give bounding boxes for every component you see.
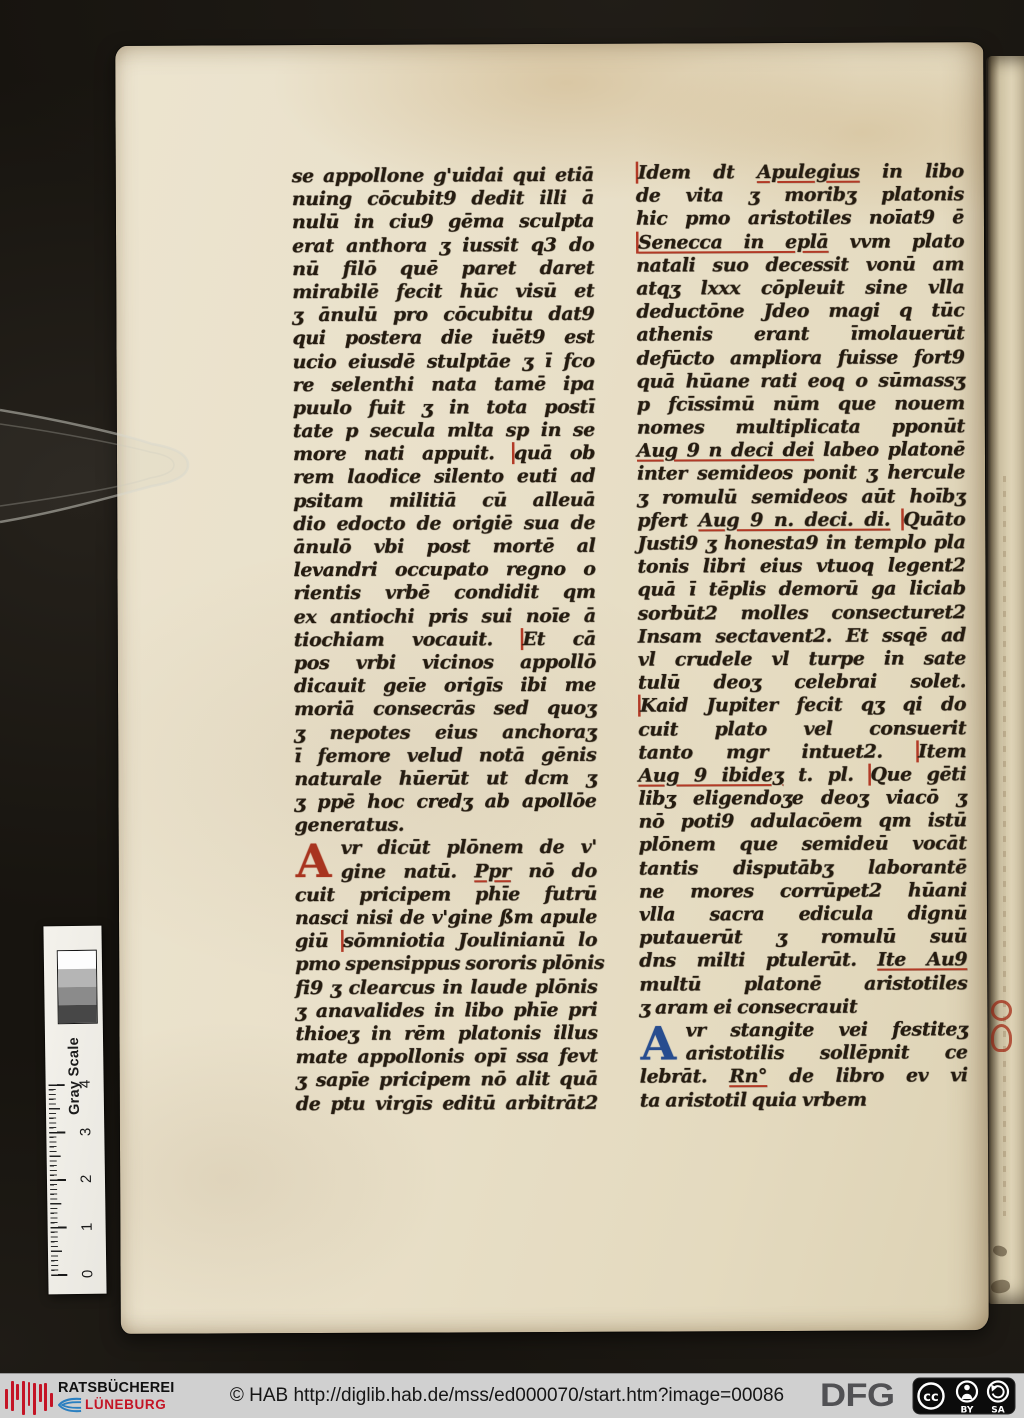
page-holder-clamp — [0, 392, 210, 536]
manuscript-line: plōnem que semideū vocāt — [639, 833, 967, 858]
manuscript-line: rem laodice silento euti ad — [293, 465, 595, 490]
library-name-line2: LÜNEBURG — [85, 1397, 166, 1413]
gray-scale-ruler: Gray Scale 4 3 2 1 0 — [43, 926, 106, 1295]
svg-text:BY: BY — [961, 1406, 974, 1416]
ruler-unit-ticks — [49, 1084, 68, 1276]
manuscript-line: ʒ nepotes eius anchoraʒ — [294, 720, 596, 745]
manuscript-line: tantis disputābʒ laborantē — [639, 856, 967, 881]
manuscript-line: lebrāt. Rn° de libro ev vi — [640, 1065, 968, 1090]
manuscript-line: athenis erant īmolauerūt — [636, 323, 964, 348]
luneburg-library-logo: RATSBÜCHEREI LÜNEBURG — [4, 1376, 175, 1416]
library-name: RATSBÜCHEREI LÜNEBURG — [58, 1380, 175, 1413]
svg-text:SA: SA — [991, 1406, 1004, 1416]
manuscript-line: ʒ ppē hoc credʒ ab apollōe — [294, 790, 596, 815]
facing-page-red-ornament — [991, 1024, 1012, 1052]
ruler-number: 0 — [79, 1265, 95, 1283]
manuscript-line: nū filō quē paret daret — [292, 257, 594, 282]
manuscript-line: psitam militiā cū alleuā — [293, 488, 595, 513]
ruler-number: 1 — [79, 1217, 95, 1235]
manuscript-line: Idem dt Apulegius in libo — [636, 160, 964, 185]
manuscript-line: ānulō vbi post mortē al — [293, 535, 595, 560]
manuscript-line: ʒ romulū semideos aūt hoībʒ — [637, 485, 965, 510]
manuscript-line: Kaid Jupiter fecit qʒ qi do — [638, 694, 966, 719]
facing-page-ink-mark — [990, 1278, 1011, 1294]
manuscript-line: re selenthi nata tamē ipa — [293, 372, 595, 397]
manuscript-line: libʒ eligendoʒe deoʒ viacō ʒ — [638, 786, 966, 811]
manuscript-line: natali suo decessit vonū am — [636, 253, 964, 278]
manuscript-line: cuit plato vel consuerit — [638, 717, 966, 742]
manuscript-line: Senecca in eplā vvm plato — [636, 230, 964, 255]
manuscript-line: ʒ ānulū pro cōcubitu dat9 — [292, 303, 594, 328]
manuscript-line: mirabilē fecit hūc visū et — [292, 280, 594, 305]
manuscript-line: pos vrbi vicinos appollō — [294, 651, 596, 676]
manuscript-line: nomes multiplicata pponūt — [637, 415, 965, 440]
manuscript-line: naturale hūerūt ut dcm ʒ — [294, 767, 596, 792]
cc-by-sa-badge[interactable]: cc BY SA — [912, 1377, 1016, 1415]
dfg-logo: DFG — [820, 1378, 894, 1415]
footer-bar: RATSBÜCHEREI LÜNEBURG © HAB http://digli… — [0, 1373, 1024, 1418]
manuscript-line: cuit pricipem phīe futrū — [295, 883, 597, 908]
manuscript-line: se appollone g'uidai qui etiā — [292, 164, 594, 189]
manuscript-line: Aug 9 ibideʒ t. pl. Que gēti — [638, 763, 966, 788]
manuscript-line: vlla sacra edicula dignū — [639, 902, 967, 927]
facing-page-red-ornament — [991, 1000, 1012, 1021]
manuscript-line: mate appollonis opī ssa fevt — [296, 1045, 598, 1070]
manuscript-line: aristotilis sollēpnit ce — [640, 1041, 968, 1066]
gray-calibration-patches — [57, 950, 98, 1025]
manuscript-line: moriā consecrās sed quoʒ — [294, 697, 596, 722]
manuscript-line: Avr stangite vei festiteʒ — [639, 1018, 967, 1043]
manuscript-line: erat anthora ʒ iussit q3 do — [292, 233, 594, 258]
library-bars-icon — [4, 1376, 54, 1416]
manuscript-line: fi9 ʒ clearcus in laude plōnis — [295, 975, 597, 1000]
manuscript-line: ne mores corrūpet2 hūani — [639, 879, 967, 904]
manuscript-line: puulo fuit ʒ in tota postī — [293, 396, 595, 421]
manuscript-line: Justi9 ʒ honesta9 in templo pla — [637, 531, 965, 556]
manuscript-line: ta aristotil quia vrbem — [640, 1088, 968, 1113]
manuscript-line: tonis libri eius vtuoq legent2 — [637, 554, 965, 579]
manuscript-line: thioeʒ in rēm platonis illus — [295, 1022, 597, 1047]
manuscript-line: tulū deoʒ celebrai solet. — [638, 670, 966, 695]
manuscript-line: giū sōmniotia Joulinianū lo — [295, 929, 597, 954]
manuscript-line: more nati appuit. quā ob — [293, 442, 595, 467]
manuscript-line: nulū in ciu9 gēma sculpta — [292, 210, 594, 235]
library-name-line1: RATSBÜCHEREI — [58, 1380, 175, 1397]
manuscript-line: tanto mgr intuet2. Item — [638, 740, 966, 765]
manuscript-line: sorbūt2 molles consecturet2 — [638, 601, 966, 626]
manuscript-line: atqʒ lxxx cōpleuit sine vlla — [636, 276, 964, 301]
manuscript-line: defūcto ampliora fuisse fort9 — [637, 346, 965, 371]
manuscript-line: ī femore velud notā gēnis — [294, 743, 596, 768]
manuscript-line: qui postera die iuēt9 est — [292, 326, 594, 351]
manuscript-line: ʒ anavalides in libo phīe pri — [295, 999, 597, 1024]
facing-page-edge — [986, 56, 1024, 1304]
manuscript-page: se appollone g'uidai qui etiānuing cōcub… — [115, 42, 989, 1334]
photograph-stage: se appollone g'uidai qui etiānuing cōcub… — [0, 0, 1024, 1418]
manuscript-line: vl crudele vl turpe in sate — [638, 647, 966, 672]
manuscript-line: inter semideos ponit ʒ hercule — [637, 462, 965, 487]
manuscript-line: putauerūt ʒ romulū suū — [639, 925, 967, 950]
manuscript-line: rientis vrbē condidit qm — [294, 581, 596, 606]
ruler-number: 4 — [77, 1075, 93, 1093]
facing-page-ink-mark — [992, 1244, 1008, 1258]
manuscript-line: de vita ʒ moribʒ platonis — [636, 183, 964, 208]
manuscript-line: dio edocto de origiē sua de — [293, 512, 595, 537]
manuscript-line: ʒ sapīe pricipem nō alit quā — [296, 1068, 598, 1093]
manuscript-line: ex antiochi pris sui noīe ā — [294, 604, 596, 629]
manuscript-line: tiochiam vocauit. Et cā — [294, 628, 596, 653]
manuscript-line: Avr dicūt plōnem de v' — [295, 836, 597, 861]
manuscript-line: quā ī tēplis demorū ga liciab — [638, 578, 966, 603]
manuscript-line: ucio eiusdē stulptāe ʒ ī fco — [293, 349, 595, 374]
cc-letters: cc — [923, 1390, 938, 1405]
manuscript-line: tate p secula mlta sp in se — [293, 419, 595, 444]
ruler-number: 2 — [78, 1170, 94, 1188]
manuscript-line: Aug 9 n deci dei labeo platonē — [637, 438, 965, 463]
manuscript-line: deductōne Jdeo magi q tūc — [636, 299, 964, 324]
manuscript-line: pmo spensippus sororis plōnis — [295, 952, 597, 977]
manuscript-line: pfert Aug 9 n. deci. di. Quāto — [637, 508, 965, 533]
manuscript-line: p fcīssimū nūm que nouem — [637, 392, 965, 417]
manuscript-line: hic pmo aristotiles noīat9 ē — [636, 207, 964, 232]
manuscript-line: multū platonē aristotiles — [639, 972, 967, 997]
manuscript-line: nuing cōcubit9 dedit illi ā — [292, 187, 594, 212]
manuscript-line: nasci nisi de v'gine ßm apule — [295, 906, 597, 931]
manuscript-column-right: Idem dt Apulegius in libode vita ʒ morib… — [636, 160, 968, 1112]
manuscript-line: Insam sectavent2. Et ssqē ad — [638, 624, 966, 649]
open-book-icon — [58, 1397, 82, 1413]
ruler-number: 3 — [77, 1122, 93, 1140]
manuscript-line: dns milti ptulerūt. Ite Au9 — [639, 949, 967, 974]
manuscript-line: generatus. — [295, 813, 597, 838]
manuscript-line: levandri occupato regno o — [293, 558, 595, 583]
manuscript-line: ʒ aram ei consecrauit — [639, 995, 967, 1020]
manuscript-line: de ptu virgīs editū arbitrāt2 — [296, 1091, 598, 1116]
manuscript-line: quā hūane rati eoq o sūmassʒ — [637, 369, 965, 394]
manuscript-line: dicauit geīe origīs ibi me — [294, 674, 596, 699]
manuscript-line: gine natū. Ppr nō do — [295, 859, 597, 884]
facing-page-text-showthrough — [1003, 476, 1006, 1216]
copyright-source-url[interactable]: © HAB http://diglib.hab.de/mss/ed000070/… — [190, 1374, 824, 1418]
manuscript-line: nō poti9 adulacōem qm istū — [639, 809, 967, 834]
manuscript-column-left: se appollone g'uidai qui etiānuing cōcub… — [292, 164, 598, 1116]
